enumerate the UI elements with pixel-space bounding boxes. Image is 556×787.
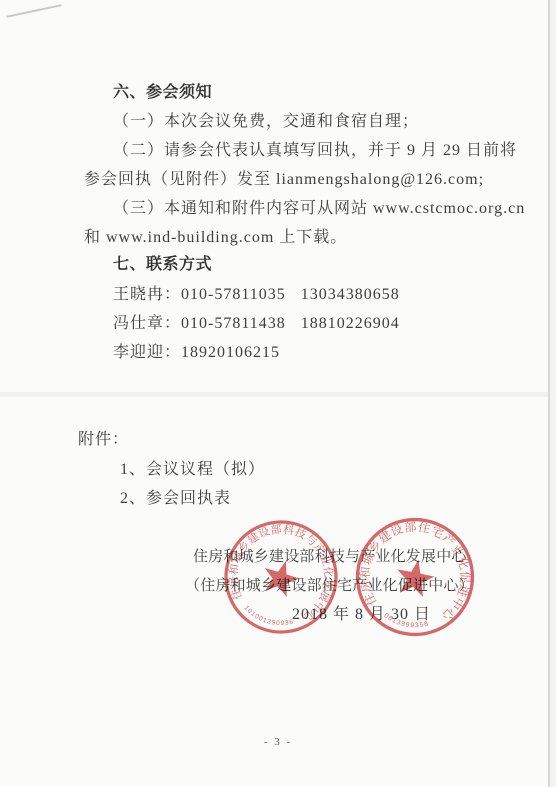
document-page: 六、参会须知 （一）本次会议免费，交通和食宿自理； （二）请参会代表认真填写回执… — [0, 0, 556, 787]
official-seal-right-icon: 住房和城乡建设部住宅产业化促进中心 0613999358 — [333, 495, 497, 659]
seal-star-icon — [393, 556, 437, 598]
notice-item-3-line-2: 和 www.ind-building.com 上下载。 — [84, 228, 347, 248]
contact-phones: 010-57811438 18810226904 — [181, 315, 400, 332]
contact-phones: 010-57811035 13034380658 — [181, 286, 400, 303]
contact-row: 王晓冉：010-57811035 13034380658 — [113, 285, 400, 305]
notice-item-2-line-1: （二）请参会代表认真填写回执，并于 9 月 29 日前将 — [113, 141, 517, 161]
page-number: - 3 - — [0, 736, 556, 748]
attachment-item-2: 2、参会回执表 — [120, 489, 231, 509]
contact-phones: 18920106215 — [181, 344, 280, 361]
scan-page-edge-strip — [550, 0, 556, 787]
contact-name: 李迎迎： — [113, 344, 181, 361]
seal-star-icon — [259, 555, 304, 598]
section-seven-heading: 七、联系方式 — [113, 255, 212, 275]
notice-item-1: （一）本次会议免费，交通和食宿自理； — [113, 112, 419, 132]
notice-item-2-line-2: 参会回执（见附件）发至 lianmengshalong@126.com; — [84, 170, 484, 190]
scan-corner-artifact — [6, 4, 61, 18]
contact-name: 冯仕章： — [113, 315, 181, 332]
contact-name: 王晓冉： — [113, 286, 181, 303]
contact-row: 冯仕章：010-57811438 18810226904 — [113, 314, 400, 334]
attachment-item-1: 1、会议议程（拟） — [120, 460, 265, 480]
seal-code: 101001390936 — [240, 603, 297, 633]
attachments-label: 附件： — [78, 430, 129, 450]
notice-item-3-line-1: （三）本通知和附件内容可从网站 www.cstcmoc.org.cn — [113, 199, 525, 219]
official-seal-left-icon: 住房和城乡建设部科技与产业化发展中心 101001390936 — [197, 493, 364, 660]
contact-row: 李迎迎：18920106215 — [113, 343, 280, 363]
scan-band-artifact — [0, 392, 556, 397]
section-six-heading: 六、参会须知 — [113, 83, 212, 103]
